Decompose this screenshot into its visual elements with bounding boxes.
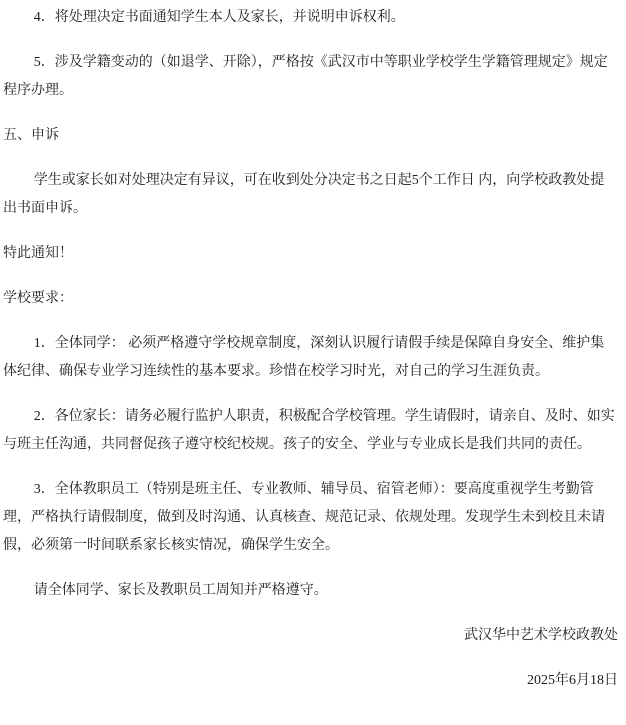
signature-date: 2025年6月18日 — [3, 667, 618, 695]
paragraph-hereby-notice: 特此通知！ — [3, 240, 618, 268]
heading-appeal-section: 五、申诉 — [3, 122, 618, 150]
paragraph-appeal-procedure: 学生或家长如对处理决定有异议，可在收到处分决定书之日起5个工作日 内，向学校政教… — [3, 167, 618, 223]
signature-department: 武汉华中艺术学校政教处 — [3, 622, 618, 650]
paragraph-req-parents: 2．各位家长：请务必履行监护人职责，积极配合学校管理。学生请假时，请亲自、及时、… — [3, 403, 618, 459]
paragraph-policy-notify: 4．将处理决定书面通知学生本人及家长，并说明申诉权利。 — [3, 4, 618, 32]
paragraph-policy-status-change: 5．涉及学籍变动的（如退学、开除），严格按《武汉市中等职业学校学生学籍管理规定》… — [3, 49, 618, 105]
paragraph-compliance-request: 请全体同学、家长及教职员工周知并严格遵守。 — [3, 577, 618, 605]
paragraph-req-students: 1．全体同学： 必须严格遵守学校规章制度，深刻认识履行请假手续是保障自身安全、维… — [3, 330, 618, 386]
notice-document: 4．将处理决定书面通知学生本人及家长，并说明申诉权利。 5．涉及学籍变动的（如退… — [0, 0, 626, 725]
paragraph-req-staff: 3．全体教职员工（特别是班主任、专业教师、辅导员、宿管老师）：要高度重视学生考勤… — [3, 476, 618, 560]
heading-school-requirements: 学校要求： — [3, 285, 618, 313]
